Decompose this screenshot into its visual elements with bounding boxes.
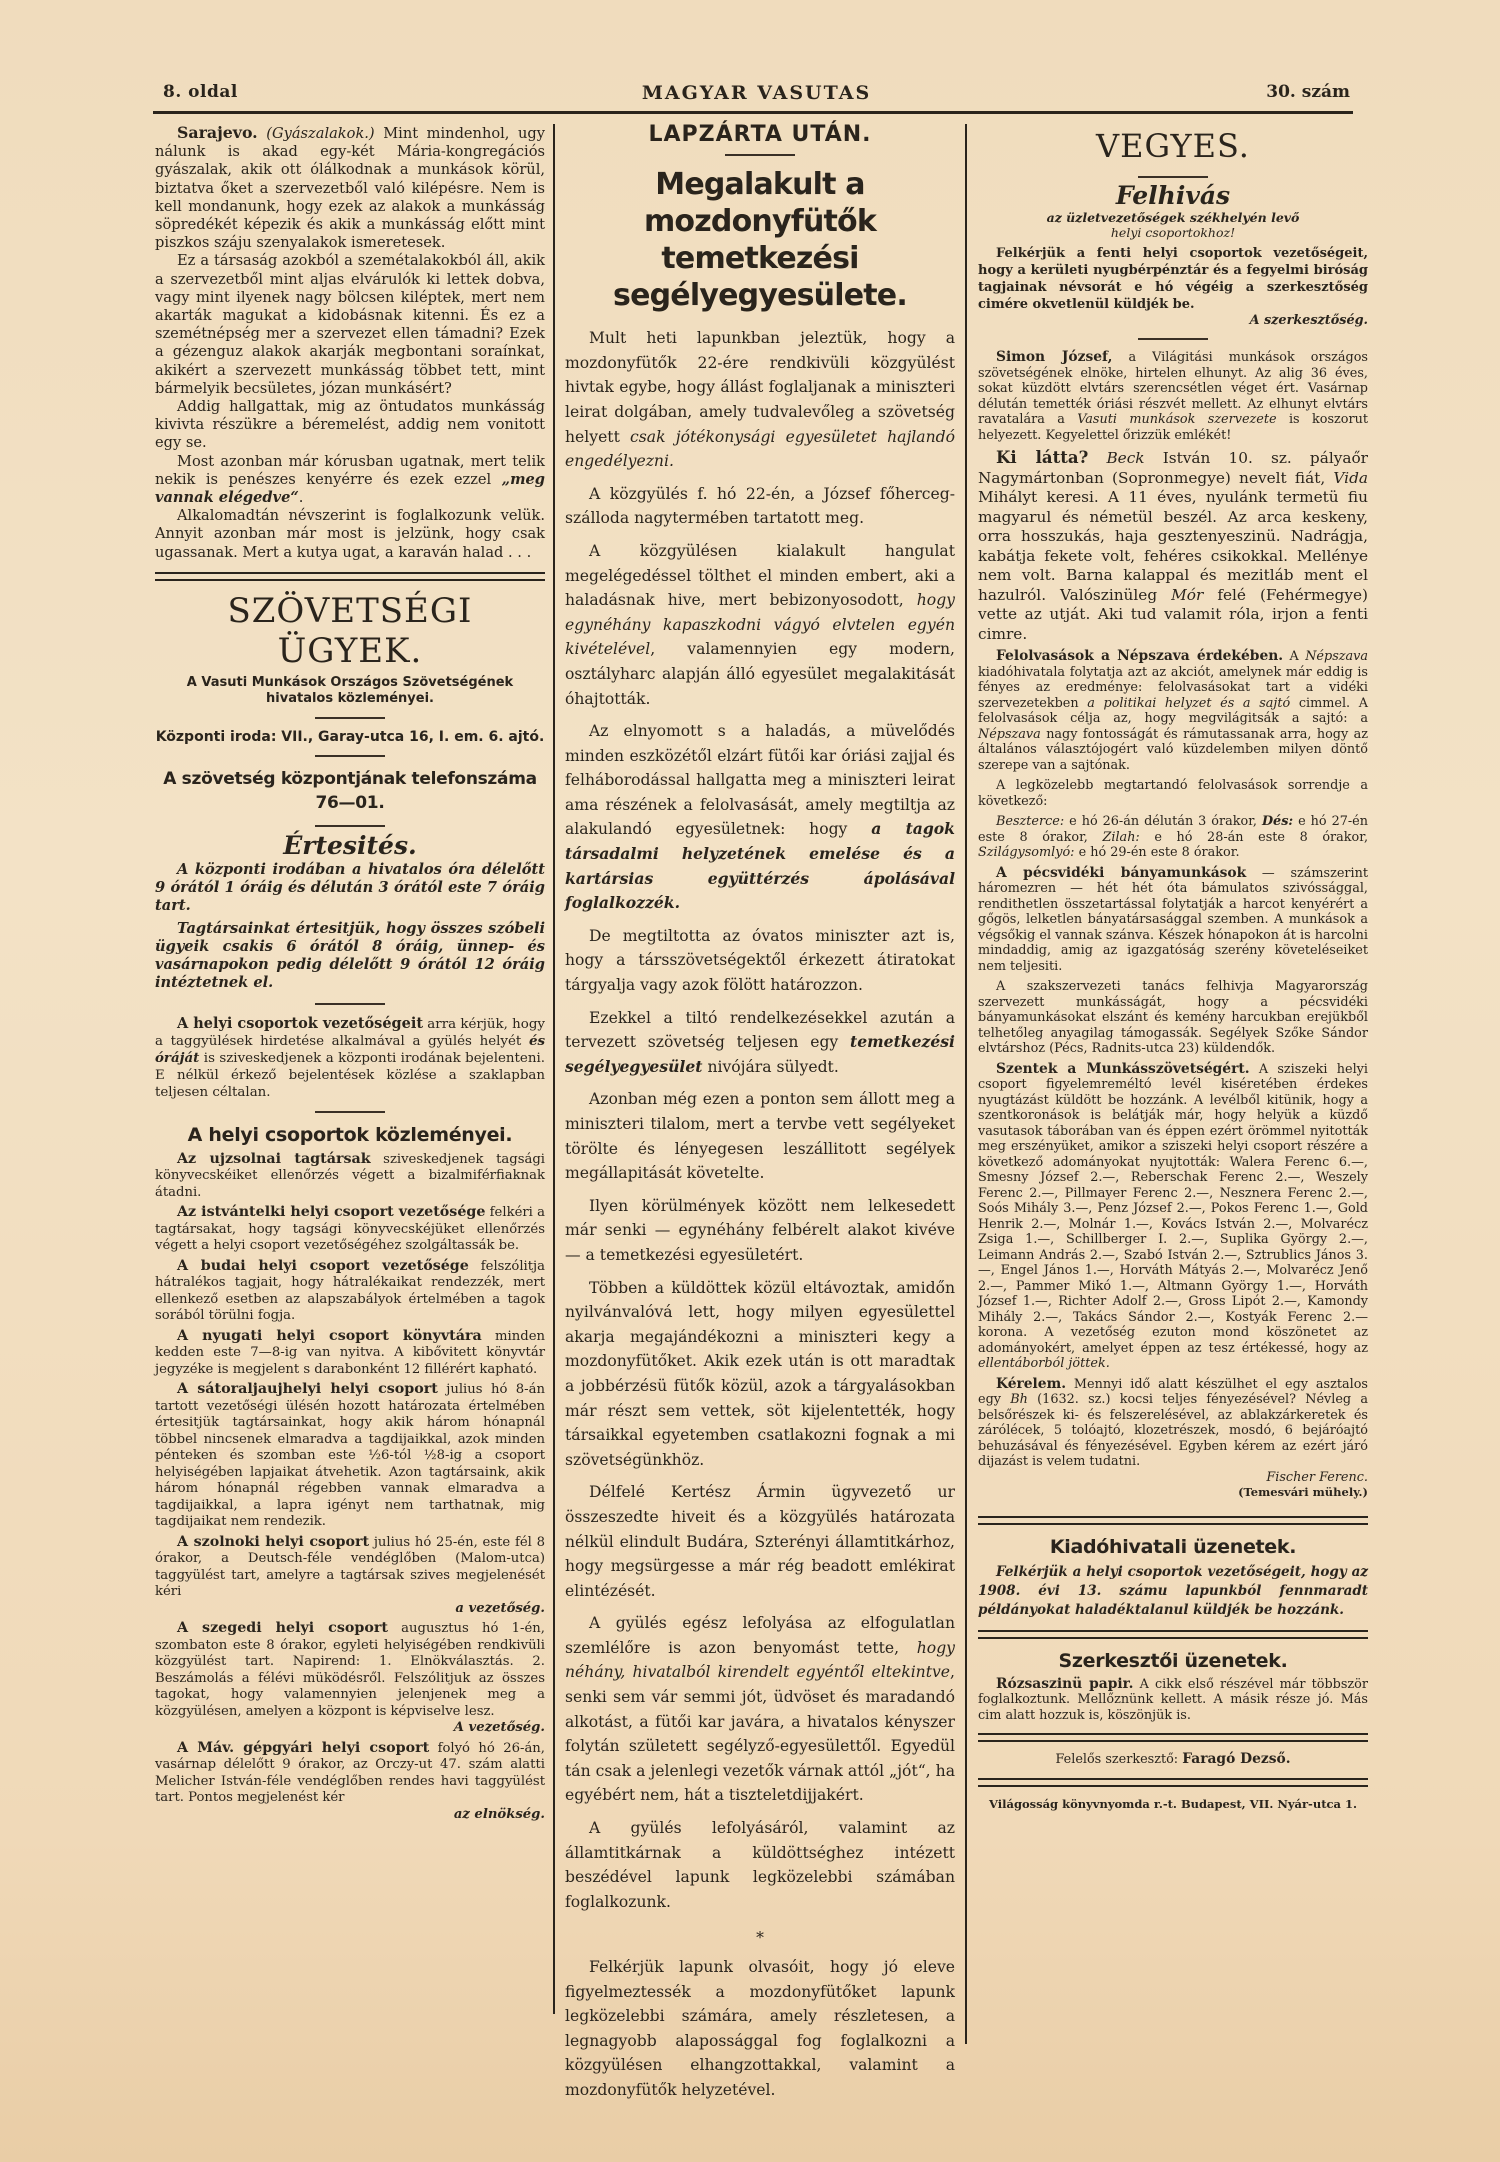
news-item: Kérelem. Mennyi idő alatt készülhet el e…: [978, 1377, 1368, 1470]
section-rule: [155, 572, 545, 581]
news-item: A szakszervezeti tanács felhivja Magyaro…: [978, 979, 1368, 1057]
item-lead: A pécsvidéki bányamunkások: [996, 865, 1246, 881]
divider: [725, 154, 795, 156]
group-notice: A sátoraljaujhelyi helyi csoport julius …: [155, 1381, 545, 1531]
paper-title: MAGYAR VASUTAS: [163, 82, 1350, 104]
section-rule: [978, 1778, 1368, 1787]
column-right: VEGYES. Felhivás az üzletvezetőségek szé…: [978, 120, 1368, 1812]
section-rule: [978, 1516, 1368, 1525]
section-title: Kiadóhivatali üzenetek.: [978, 1535, 1368, 1559]
issue-number: 30. szám: [1266, 82, 1350, 102]
notice-lead: A helyi csoportok vezetőségeit: [177, 1015, 423, 1032]
paragraph: De megtiltotta az óvatos miniszter azt i…: [565, 924, 955, 998]
editor-line: Felelős szerkesztő: Faragó Dezső.: [978, 1752, 1368, 1768]
notice-signature: A vezetőség.: [155, 1720, 545, 1737]
office-address: Központi iroda: VII., Garay-utca 16, I. …: [155, 729, 545, 745]
group-notice: Az ujzsolnai tagtársak sziveskedjenek ta…: [155, 1151, 545, 1202]
paragraph: Most azonban már kórusban ugatnak, mert …: [155, 453, 545, 508]
notice-body: Felkérjük a fenti helyi csoportok vezető…: [978, 245, 1368, 313]
news-item: Ki látta? Beck István 10. sz. pályaőr Na…: [978, 448, 1368, 644]
article-lead: Sarajevo.: [177, 123, 258, 142]
section-title: Értesités.: [155, 837, 545, 855]
paragraph: A közgyülés f. hó 22-én, a József főherc…: [565, 482, 955, 531]
separator: *: [565, 1926, 955, 1951]
divider: [1138, 176, 1208, 178]
article-body: Mult heti lapunkban jeleztük, hogy a moz…: [565, 326, 955, 1922]
section-szerkesztoi: Szerkesztői üzenetek. Rózsaszinü papir. …: [978, 1649, 1368, 1724]
paragraph: A közgyülésen kialakult hangulat megelég…: [565, 539, 955, 711]
news-item: A pécsvidéki bányamunkások — számszerint…: [978, 866, 1368, 975]
section-kiadohivatal: Kiadóhivatali üzenetek. Felkérjük a hely…: [978, 1535, 1368, 1620]
section-title: SZÖVETSÉGI ÜGYEK.: [155, 591, 545, 671]
paragraph: A központi irodában a hivatalos óra déle…: [155, 861, 545, 916]
item-lead: Ki látta?: [996, 447, 1088, 467]
divider: [315, 825, 385, 827]
divider: [1138, 338, 1208, 340]
headline: Megalakult a mozdonyfütők temetkezési se…: [565, 166, 955, 314]
section-title: Szerkesztői üzenetek.: [978, 1649, 1368, 1673]
news-item: A legközelebb megtartandó felolvasások s…: [978, 778, 1368, 809]
paragraph: Alkalomadtán névszerint is foglalkozunk …: [155, 507, 545, 562]
column-divider: [553, 124, 555, 2014]
notice-lead: Az ujzsolnai tagtársak: [177, 1151, 371, 1167]
paragraph: Tagtársainkat értesitjük, hogy összes sz…: [155, 920, 545, 993]
section-ertesites: Értesités. A központi irodában a hivatal…: [155, 837, 545, 993]
notice-signature: a vezetőség.: [155, 1601, 545, 1618]
notice-lead: A szegedi helyi csoport: [177, 1620, 388, 1636]
paragraph: Addig hallgattak, mig az öntudatos munká…: [155, 398, 545, 453]
news-item: Szentek a Munkásszövetségért. A sziszeki…: [978, 1062, 1368, 1372]
divider: [315, 1003, 385, 1005]
editor-name: Faragó Dezső.: [1182, 1751, 1290, 1767]
section-helyi-csoportok: A helyi csoportok közleményei. Az ujzsol…: [155, 1123, 545, 1824]
paragraph: Azonban még ezen a ponton sem állott meg…: [565, 1087, 955, 1185]
item-lead: Felolvasások a Népszava érdekében.: [996, 648, 1283, 664]
notice-subtitle: az üzletvezetőségek székhelyén levő: [978, 210, 1368, 226]
notice-lead: A sátoraljaujhelyi helyi csoport: [177, 1381, 438, 1397]
group-notice: A budai helyi csoport vezetősége felszól…: [155, 1258, 545, 1325]
notice-vezetosegek: A helyi csoportok vezetőségeit arra kérj…: [155, 1015, 545, 1101]
item-signature-location: (Temesvári mühely.): [978, 1485, 1368, 1501]
section-subtitle: A Vasuti Munkások Országos Szövetségének…: [155, 675, 545, 707]
group-notice: A szegedi helyi csoport augusztus hó 1-é…: [155, 1620, 545, 1720]
newspaper-page: 8. oldal MAGYAR VASUTAS 30. szám Sarajev…: [0, 0, 1500, 2162]
paragraph: A gyülés egész lefolyása az elfogulatlan…: [565, 1611, 955, 1808]
news-item: Beszterce: e hó 26-án délután 3 órakor, …: [978, 814, 1368, 861]
section-szovetsegi: SZÖVETSÉGI ÜGYEK. A Vasuti Munkások Orsz…: [155, 591, 545, 827]
item-lead: Szentek a Munkásszövetségért.: [996, 1061, 1250, 1077]
column-divider: [965, 124, 967, 2044]
column-middle: LAPZÁRTA UTÁN. Megalakult a mozdonyfütők…: [565, 120, 955, 2103]
group-notice: A Máv. gépgyári helyi csoport folyó hó 2…: [155, 1740, 545, 1807]
paragraph: Mult heti lapunkban jeleztük, hogy a moz…: [565, 326, 955, 474]
paragraph: Az elnyomott s a haladás, a müvelődés mi…: [565, 719, 955, 916]
notice-lead: A nyugati helyi csoport könyvtára: [177, 1328, 482, 1344]
article-lead-italic: (Gyászalakok.): [266, 125, 374, 142]
notice-lead: A Máv. gépgyári helyi csoport: [177, 1740, 429, 1756]
paragraph: Felkérjük lapunk olvasóit, hogy jó eleve…: [565, 1955, 955, 2103]
section-rule: [978, 1733, 1368, 1742]
divider: [315, 1111, 385, 1113]
item-lead: Rózsaszinü papir.: [996, 1676, 1133, 1692]
paragraph: Felkérjük a helyi csoportok vezetőségeit…: [978, 1563, 1368, 1620]
notice-lead: A budai helyi csoport vezetősége: [177, 1258, 469, 1274]
item-signature: Fischer Ferenc.: [978, 1470, 1368, 1486]
paragraph: Ezekkel a tiltó rendelkezésekkel azután …: [565, 1006, 955, 1080]
group-notice: A nyugati helyi csoport könyvtára minden…: [155, 1328, 545, 1379]
paragraph: Ez a társaság azokból a szemétalakokból …: [155, 252, 545, 398]
kicker: LAPZÁRTA UTÁN.: [565, 126, 955, 144]
section-title: VEGYES.: [978, 126, 1368, 166]
phone-number: A szövetség központjának telefonszáma 76…: [155, 767, 545, 815]
paragraph: Mint mindenhol, ugy nálunk is akad egy-k…: [155, 125, 545, 251]
news-item: Felolvasások a Népszava érdekében. A Nép…: [978, 649, 1368, 773]
header-rule: [153, 111, 1353, 114]
notice-subtitle: helyi csoportokhoz!: [978, 225, 1368, 241]
paragraph: Ilyen körülmények között nem lelkesedett…: [565, 1194, 955, 1268]
divider: [315, 717, 385, 719]
column-left: Sarajevo. (Gyászalakok.) Mint mindenhol,…: [155, 124, 545, 1823]
section-rule: [978, 1630, 1368, 1639]
section-title: A helyi csoportok közleményei.: [155, 1123, 545, 1147]
paragraph: Délfelé Kertész Ármin ügyvezető ur össze…: [565, 1480, 955, 1603]
notice-lead: A szolnoki helyi csoport: [177, 1534, 369, 1550]
news-item: Simon József, a Világitási munkások orsz…: [978, 350, 1368, 443]
item-lead: Kérelem.: [996, 1376, 1066, 1392]
news-items: Simon József, a Világitási munkások orsz…: [978, 350, 1368, 1506]
divider: [315, 755, 385, 757]
paragraph: A gyülés lefolyásáról, valamint az állam…: [565, 1816, 955, 1914]
item-lead: Simon József,: [996, 349, 1112, 365]
group-notice: Az istvántelki helyi csoport vezetősége …: [155, 1204, 545, 1255]
notice-signature: A szerkesztőség.: [978, 313, 1368, 329]
notice-signature: az elnökség.: [155, 1807, 545, 1824]
notice-title: Felhivás: [978, 188, 1368, 204]
notice-felhivas: Felhivás az üzletvezetőségek székhelyén …: [978, 188, 1368, 328]
printer-line: Világosság könyvnyomda r.-t. Budapest, V…: [978, 1797, 1368, 1813]
notice-lead: Az istvántelki helyi csoport vezetősége: [177, 1204, 485, 1220]
masthead: 8. oldal MAGYAR VASUTAS 30. szám: [163, 82, 1350, 112]
paragraph: Többen a küldöttek közül eltávoztak, ami…: [565, 1276, 955, 1473]
group-notice: A szolnoki helyi csoport julius hó 25-én…: [155, 1534, 545, 1601]
article-sarajevo: Sarajevo. (Gyászalakok.) Mint mindenhol,…: [155, 124, 545, 562]
